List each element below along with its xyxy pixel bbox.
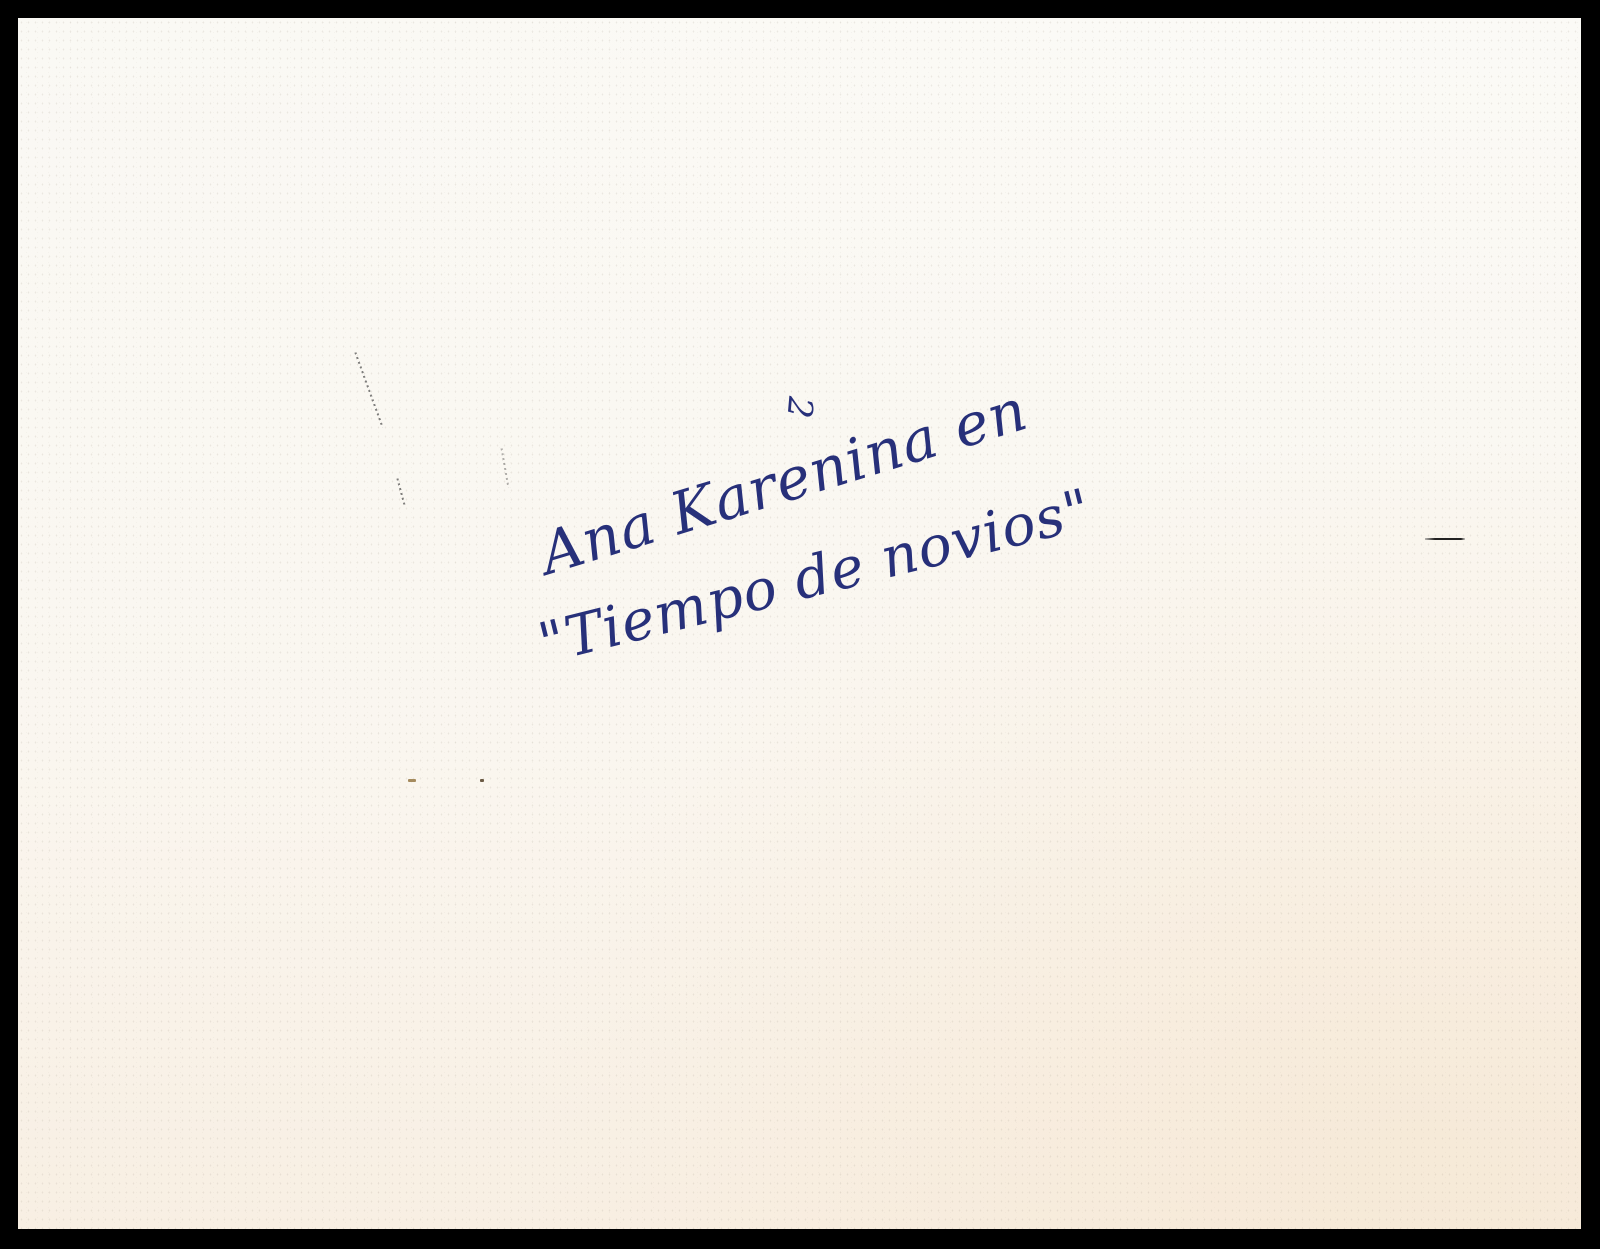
handwritten-number-mark: 2 <box>778 395 820 421</box>
stain-dot <box>408 779 416 782</box>
paper-texture <box>18 18 1581 1229</box>
stain-dot <box>480 779 484 782</box>
black-border-frame: 2 Ana Karenina en "Tiempo de novios" <box>0 0 1600 1249</box>
edge-tick-mark <box>1425 538 1465 540</box>
photo-back-paper <box>18 18 1581 1229</box>
